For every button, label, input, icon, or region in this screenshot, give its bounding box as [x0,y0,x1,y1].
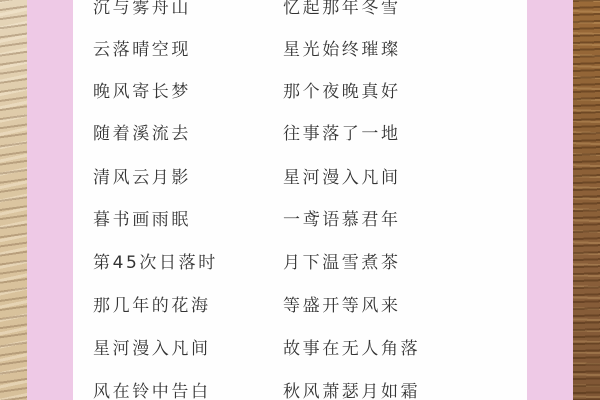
wood-background-right [572,0,600,400]
list-item: 第45次日落时 月下温雪煮茶 [73,249,527,277]
name-right: 往事落了一地 [283,120,401,148]
name-left: 云落晴空现 [93,36,191,64]
name-right: 忆起那年冬雪 [283,0,401,22]
name-left: 风在铃中告白 [93,378,211,400]
name-left: 星河漫入凡间 [93,335,211,363]
list-item: 随着溪流去 往事落了一地 [73,120,527,148]
wood-background-left [0,0,28,400]
name-right: 故事在无人角落 [283,335,420,363]
name-right: 月下温雪煮茶 [283,249,401,277]
list-item: 那几年的花海 等盛开等风来 [73,292,527,320]
name-left: 沉与雾舟山 [93,0,191,22]
name-right: 那个夜晚真好 [283,78,401,106]
name-right: 等盛开等风来 [283,292,401,320]
name-right: 星光始终璀璨 [283,36,401,64]
name-right: 一鸢语慕君年 [283,206,401,234]
name-left: 第45次日落时 [93,249,218,277]
names-panel: 沉与雾舟山 忆起那年冬雪 云落晴空现 星光始终璀璨 晚风寄长梦 那个夜晚真好 随… [73,0,527,400]
list-item: 清风云月影 星河漫入凡间 [73,164,527,192]
list-item: 沉与雾舟山 忆起那年冬雪 [73,0,527,22]
list-item: 风在铃中告白 秋风萧瑟月如霜 [73,378,527,400]
list-item: 星河漫入凡间 故事在无人角落 [73,335,527,363]
list-item: 暮书画雨眠 一鸢语慕君年 [73,206,527,234]
list-item: 晚风寄长梦 那个夜晚真好 [73,78,527,106]
name-right: 秋风萧瑟月如霜 [283,378,420,400]
name-right: 星河漫入凡间 [283,164,401,192]
name-left: 那几年的花海 [93,292,211,320]
name-left: 晚风寄长梦 [93,78,191,106]
list-item: 云落晴空现 星光始终璀璨 [73,36,527,64]
name-left: 随着溪流去 [93,120,191,148]
name-left: 暮书画雨眠 [93,206,191,234]
name-left: 清风云月影 [93,164,191,192]
